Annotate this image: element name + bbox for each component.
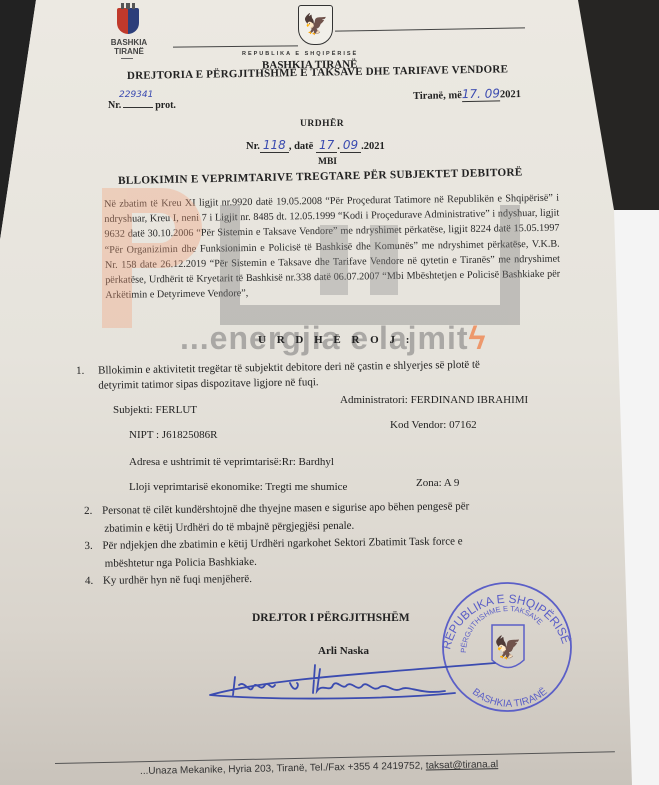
vendor-code: Kod Vendor: 07162 <box>390 419 477 431</box>
directorate-name: DREJTORIA E PËRGJITHSHME E TAKSAVE DHE T… <box>127 63 508 82</box>
activity-type: Lloji veprimtarisë ekonomike: Tregti me … <box>129 481 347 493</box>
protocol-line: Nr.prot. <box>108 100 176 111</box>
nipt-value: NIPT : J61825086R <box>129 429 217 441</box>
order-number-line: Nr.118, datë 17.09.2021 <box>246 138 385 152</box>
tirana-logo-icon <box>117 8 139 34</box>
albania-eagle-emblem-icon: 🦅 <box>298 5 333 45</box>
item-number: 3. <box>84 538 102 556</box>
logo-text-line1: BASHKIA <box>108 38 150 47</box>
signatory-title: DREJTOR I PËRGJITHSHËM <box>252 612 410 624</box>
protocol-nr-label: Nr. <box>108 100 121 111</box>
place-date-prefix: Tiranë, më <box>413 90 462 102</box>
order-date-prefix: , datë <box>289 141 314 152</box>
header-rule-left <box>173 45 298 47</box>
item-text-line1: Për ndjekjen dhe zbatimin e këtij Urdhër… <box>102 535 462 551</box>
item-text-line1: Ky urdhër hyn në fuqi menjëherë. <box>103 573 252 587</box>
order-heading: URDHËR <box>300 119 344 129</box>
protocol-prot-label: prot. <box>155 100 176 111</box>
protocol-blank <box>123 107 153 108</box>
item-number: 4. <box>85 573 103 591</box>
subject-name: Subjekti: FERLUT <box>113 404 197 416</box>
item-number: 2. <box>84 503 102 521</box>
watermark-bolt-icon: ϟ <box>469 320 487 356</box>
footer-contact: ...Unaza Mekanike, Hyria 203, Tiranë, Te… <box>140 759 498 777</box>
order-title: BLLOKIMIN E VEPRIMTARIVE TREGTARE PËR SU… <box>118 167 523 187</box>
protocol-number-handwritten: 229341 <box>119 90 153 100</box>
document-paper: BASHKIA TIRANË 🦅 REPUBLIKA E SHQIPËRISË … <box>0 0 659 785</box>
item-number: 1. <box>76 364 98 379</box>
business-address: Adresa e ushtrimit të veprimtarisë:Rr: B… <box>129 456 334 468</box>
place-date-year: 2021 <box>500 89 521 100</box>
order-item-1: 1.Bllokimin e aktivitetit tregëtar të su… <box>76 356 576 394</box>
place-date: Tiranë, më17. 092021 <box>413 86 521 102</box>
place-date-handwritten: 17. 09 <box>462 86 500 102</box>
logo-underline <box>121 58 133 59</box>
order-date-month: 09 <box>340 138 361 153</box>
administrator-name: Administratori: FERDINAND IBRAHIMI <box>340 394 528 406</box>
order-about: MBI <box>318 157 337 167</box>
header-rule-right <box>335 27 525 31</box>
order-date-day: 17 <box>316 138 337 153</box>
footer-email-link[interactable]: taksat@tirana.al <box>426 759 499 771</box>
item-text-line1: Personat të cilët kundërshtojnë dhe thye… <box>102 500 469 516</box>
handwritten-signature <box>205 655 505 715</box>
order-nr-handwritten: 118 <box>260 138 289 153</box>
order-date-year: .2021 <box>361 141 385 152</box>
order-nr-prefix: Nr. <box>246 141 260 152</box>
orders-heading: U R D H Ë R O J : <box>258 334 413 346</box>
zone-value: Zona: A 9 <box>416 477 459 489</box>
order-preamble: Në zbatim të Kreu XI ligjit nr.9920 datë… <box>104 191 560 304</box>
logo-text: BASHKIA TIRANË <box>108 38 150 56</box>
footer-address: ...Unaza Mekanike, Hyria 203, Tiranë, Te… <box>140 761 423 777</box>
republic-line: REPUBLIKA E SHQIPËRISË <box>242 51 358 57</box>
logo-text-line2: TIRANË <box>108 47 150 56</box>
